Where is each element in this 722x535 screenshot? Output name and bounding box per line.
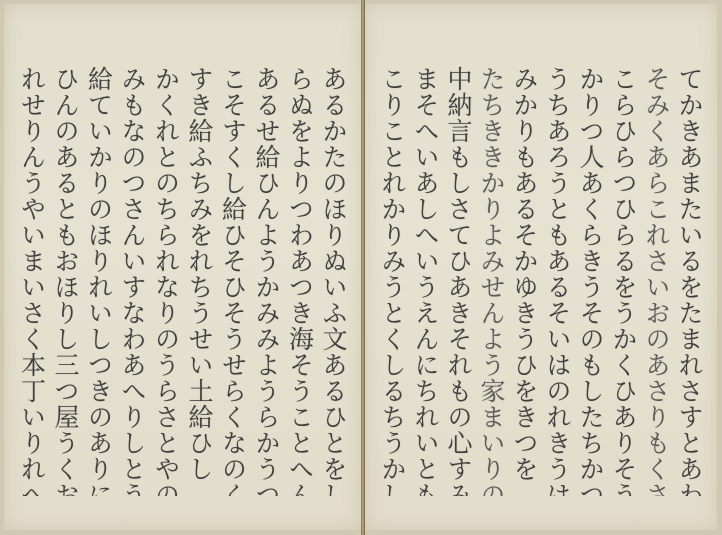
text-column: こらひらつひらるをうかくひありそうこと [609, 66, 640, 496]
manuscript-spread: あるかたのほりぬいふ文あるひとをし神世にこ らぬをよりつわあつき海そうことへんみ… [0, 0, 722, 535]
text-column: うちあろうともあるそいはのれきうはとのを [543, 66, 574, 496]
text-column: 給ていかりのほりれいしつきのありにいくあ [84, 66, 116, 496]
text-column: まそへいあしへいうえんにちれいともうれな [411, 66, 442, 496]
right-page-text-columns: てかきあまたいるをたまれさすとあわれことに そみくあらこれさいおのあさりもくさす… [377, 66, 707, 496]
text-column: みかりもあるそかゆきうひをきつを [510, 66, 541, 496]
text-column: こそすくし給ひそひそうせらくなのくあまよ [218, 66, 250, 496]
text-column: そみくあらこれさいおのあさりもくさす [642, 66, 673, 496]
text-column: こりことれかりみうとくしるちうかし出乃 [378, 66, 409, 496]
text-column: みもなのつさんいすなわあへりしとうらみまうり [118, 66, 150, 496]
right-page: てかきあまたいるをたまれさすとあわれことに そみくあらこれさいおのあさりもくさす… [365, 4, 717, 530]
text-column: すき給ふちみをれちうせい土給ひし [185, 66, 217, 496]
text-column: ひんのあるともおほりし三つ屋うくおて [51, 66, 83, 496]
text-column: たちききかりよみせんよう家まいりの上あ [477, 66, 508, 496]
text-column: れせりんうやいまいさく本丁いりれへさを [17, 66, 49, 496]
text-column: 中納言もしさてひあきそれもの心すみい [444, 66, 475, 496]
left-page: あるかたのほりぬいふ文あるひとをし神世にこ らぬをよりつわあつき海そうことへんみ… [4, 4, 361, 530]
text-column: かくれとのちられなりのうらさとやのうられ [151, 66, 183, 496]
left-page-text-columns: あるかたのほりぬいふ文あるひとをし神世にこ らぬをよりつわあつき海そうことへんみ… [16, 66, 351, 496]
text-column: あるかたのほりぬいふ文あるひとをし神世にこ [319, 66, 351, 496]
text-column: かりつ人あくらきうそのもしたちかつりれい [576, 66, 607, 496]
text-column: あるせ給ひんようかみみようらかうつひける [252, 66, 284, 496]
text-column: てかきあまたいるをたまれさすとあわれことに [675, 66, 706, 496]
text-column: らぬをよりつわあつき海そうことへんみひ [285, 66, 317, 496]
